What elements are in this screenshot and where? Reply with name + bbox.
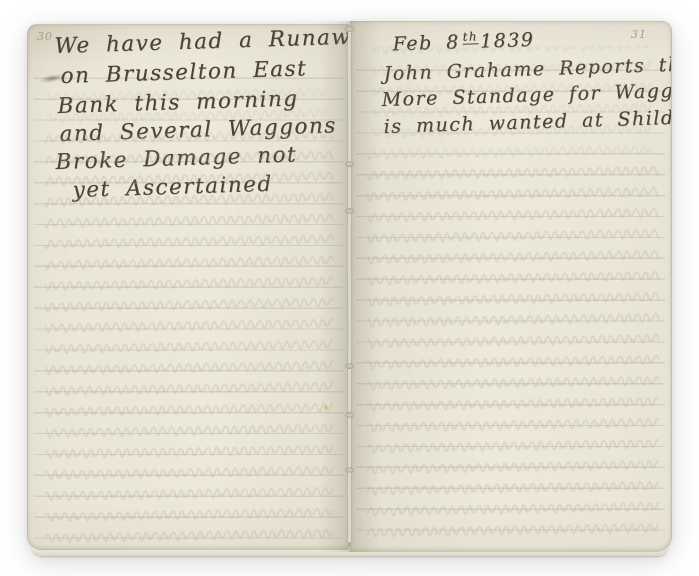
- foxing-spot: [323, 404, 329, 411]
- page-number-left: 30: [37, 30, 53, 43]
- date-year: 1839: [480, 29, 535, 53]
- notebook: 30 We have had a Runaway on Brusselton E…: [27, 21, 672, 552]
- date-heading: Feb 8th1839: [392, 28, 535, 56]
- left-page: 30 We have had a Runaway on Brusselton E…: [27, 24, 349, 550]
- right-page: 31 Feb 8th1839 John Grahame Reports that…: [350, 21, 672, 552]
- handwritten-line: We have had a Runaway: [54, 24, 349, 59]
- date-day: Feb 8: [392, 31, 460, 55]
- date-ordinal: th: [462, 29, 478, 44]
- photograph-background: 30 We have had a Runaway on Brusselton E…: [0, 0, 699, 576]
- page-number-right: 31: [631, 28, 647, 41]
